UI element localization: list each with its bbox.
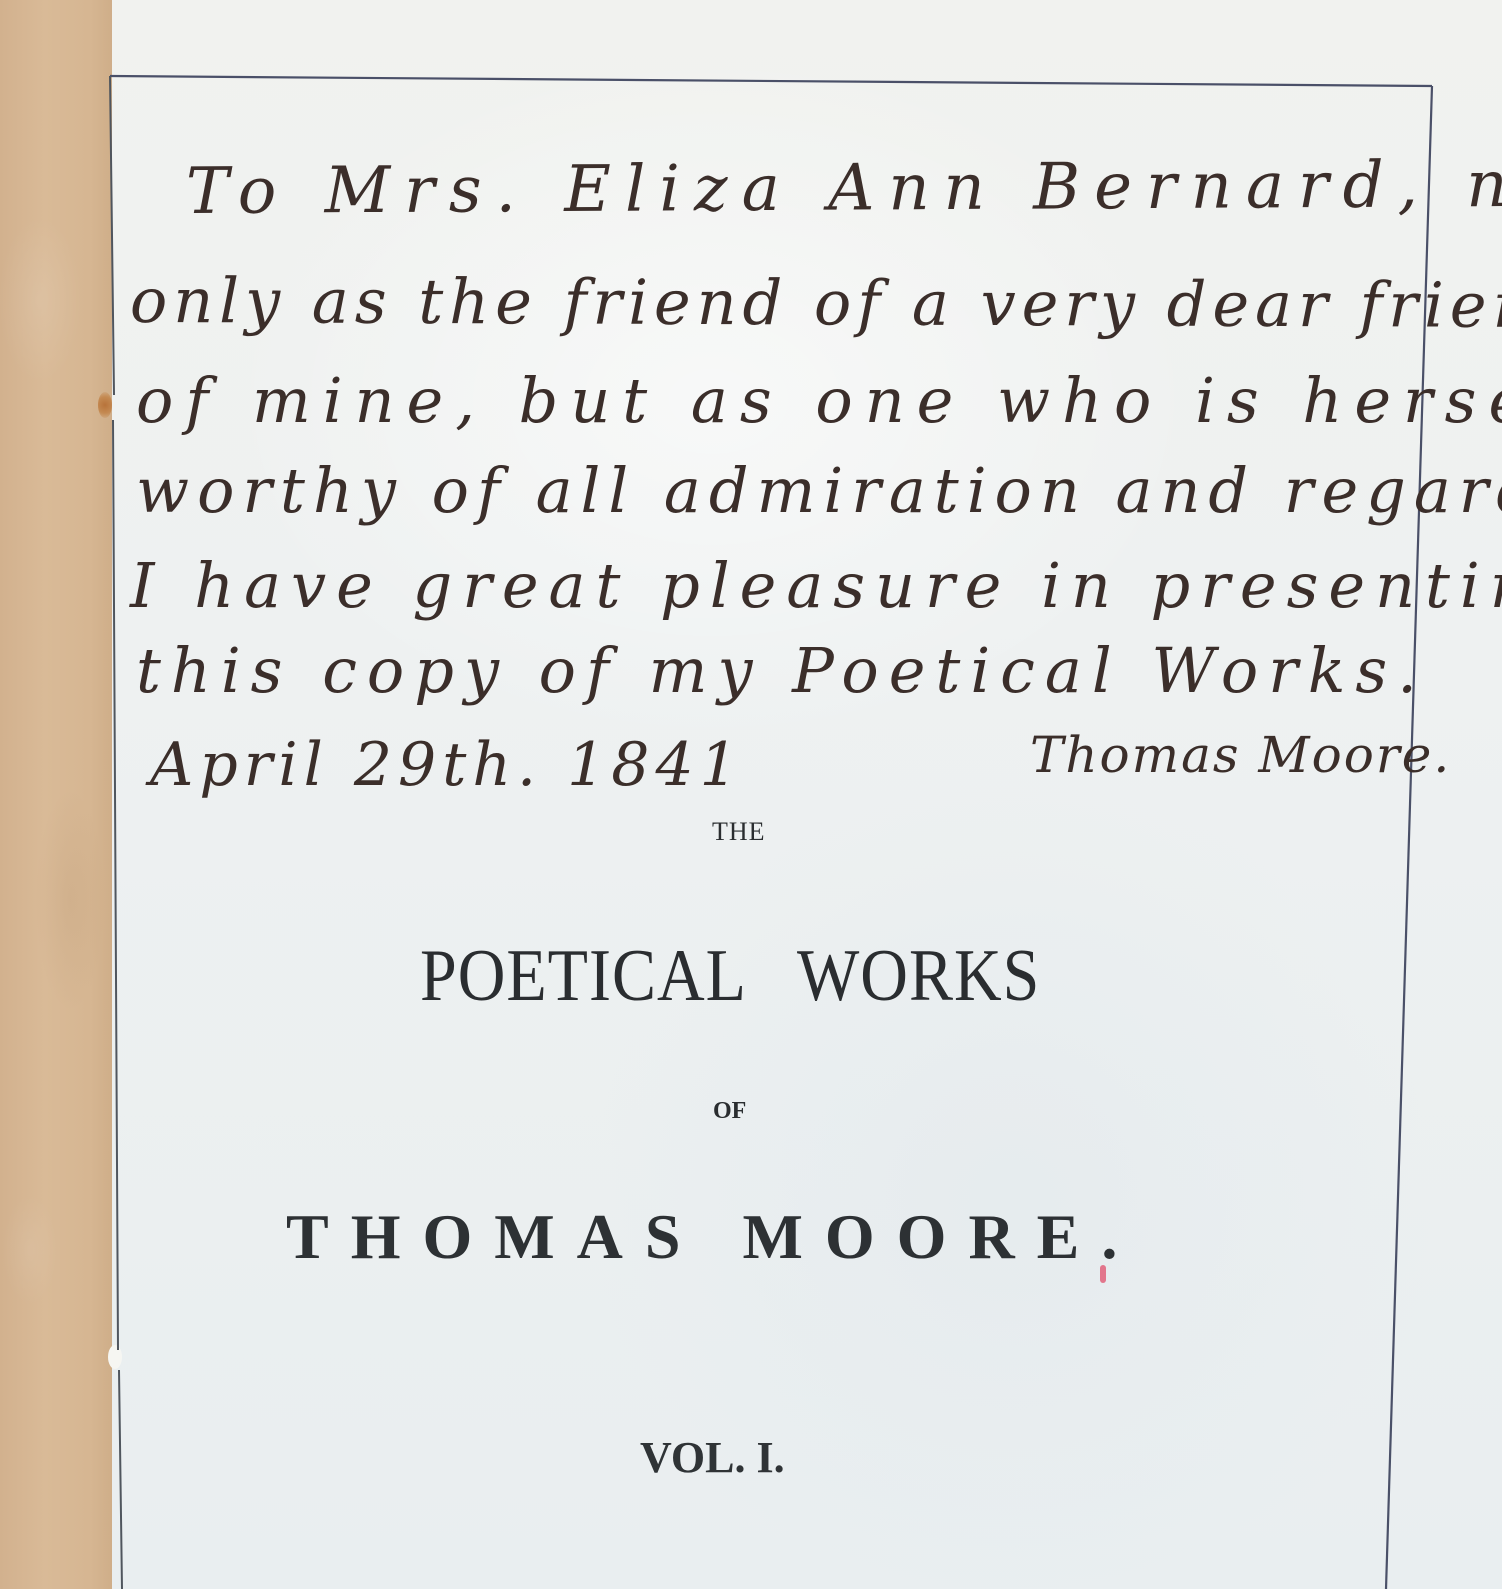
- title-preposition: OF: [713, 1098, 746, 1125]
- volume-label: VOL. I.: [640, 1432, 785, 1483]
- title-heading: POETICALWORKS: [420, 934, 1040, 1019]
- book-page-photo: To Mrs. Eliza Ann Bernard, not only as t…: [0, 0, 1502, 1589]
- title-article: THE: [712, 817, 766, 847]
- author-last-name: MOORE.: [742, 1201, 1139, 1272]
- foxing-stain: [98, 392, 112, 418]
- title-word-poetical: POETICAL: [420, 935, 747, 1017]
- title-page: [112, 0, 1502, 1589]
- page-tear: [108, 1345, 122, 1369]
- endpaper-strip: [0, 0, 112, 1589]
- author-first-name: THOMAS: [286, 1201, 702, 1272]
- author-name: THOMASMOORE.: [286, 1200, 1139, 1274]
- red-ink-mark: [1100, 1265, 1106, 1283]
- title-word-works: WORKS: [797, 935, 1040, 1017]
